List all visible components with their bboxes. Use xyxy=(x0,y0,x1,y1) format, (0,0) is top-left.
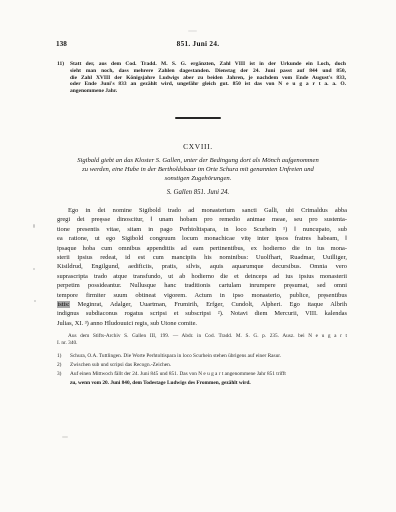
text-line: Ego in dei nomine Sigibold trado ad mona… xyxy=(57,206,347,215)
text-line-with-highlight: istis: Meginrat, Adalger, Uuartman, Frum… xyxy=(57,300,347,309)
text-line: indignus subdiaconus rogatus scripsi et … xyxy=(57,309,347,318)
note-line: angenommene Jahr. xyxy=(57,88,346,95)
footnote-1: 1) Schura, O.A. Tuttlingen. Die Worte Pe… xyxy=(57,352,349,361)
text-line: gregi dei preęsse dinoscitur, ‖ unam hob… xyxy=(57,215,347,224)
text-line: Julias, XI. ³) anno Hludouuici regis, su… xyxy=(57,319,347,328)
text-line: ea ratione, ut ego Sigibold congruum loc… xyxy=(57,234,347,243)
footnote-text-bold: zu, wenn vom 20. Juni 840, dem Todestage… xyxy=(70,379,349,388)
summary-line: zu werden, eine Hube in der Bertholdsbaa… xyxy=(28,165,368,174)
footnote-text: Auf einen Mittwoch fällt der 24. Juni 84… xyxy=(70,371,286,377)
note-line: 11) Statt der, aus dem Cod. Tradd. M. S.… xyxy=(57,61,346,68)
footnote-text: Schura, O.A. Tuttlingen. Die Worte Perht… xyxy=(70,353,281,359)
running-title: 851. Juni 24. xyxy=(0,40,396,48)
footnote-2: 2) Zwischen sub und scripsi das Recogn.-… xyxy=(57,361,349,370)
editorial-note-11: 11) Statt der, aus dem Cod. Tradd. M. S.… xyxy=(57,61,346,95)
footnote-marker: 11) xyxy=(57,61,64,68)
charter-summary: Sigibald giebt an das Kloster S. Gallen,… xyxy=(28,156,368,184)
note-line: die Zahl XVIII der Königsjahre Ludwigs a… xyxy=(57,75,346,82)
source-line: I. nr. 340. xyxy=(57,340,347,347)
scan-artifact xyxy=(188,30,197,32)
summary-line: Sigibald giebt an das Kloster S. Gallen,… xyxy=(28,156,368,165)
note-line: oder Ende Juni's 833 an gezählt wird, un… xyxy=(57,81,346,88)
scan-artifact xyxy=(33,268,35,270)
source-line: Aus dem Stifts-Archiv S. Gallen III, 199… xyxy=(57,333,347,340)
footnote-marker: 1) xyxy=(57,352,61,361)
footnote-marker: 2) xyxy=(57,361,61,370)
scan-artifact xyxy=(62,436,68,438)
section-divider xyxy=(175,117,221,119)
text-line: tione presentis vitae, sitam in pago Per… xyxy=(57,225,347,234)
note-text: Statt der, aus dem Cod. Tradd. M. S. G. … xyxy=(70,61,346,67)
footnotes-block: 1) Schura, O.A. Tuttlingen. Die Worte Pe… xyxy=(57,352,349,388)
charter-body: Ego in dei nomine Sigibold trado ad mona… xyxy=(57,206,347,328)
scan-artifact xyxy=(33,224,35,228)
footnote-3: 3) Auf einen Mittwoch fällt der 24. Juni… xyxy=(57,370,349,388)
charter-number: CXVIII. xyxy=(0,142,396,151)
text-line: perpetim possideantur. Nullusque hanc tr… xyxy=(57,281,347,290)
source-note: Aus dem Stifts-Archiv S. Gallen III, 199… xyxy=(57,333,347,347)
charter-dateline: S. Gallen 851. Juni 24. xyxy=(0,189,396,196)
text-line: Kisildrud, Engilgund, aedificiis, pratis… xyxy=(57,262,347,271)
text-line: sterii ipsius redeat, id est cum mancipi… xyxy=(57,253,347,262)
note-line: sieht man noch, dass mehrere Zahlen dage… xyxy=(57,68,346,75)
footnote-marker: 3) xyxy=(57,370,61,379)
highlighted-word: istis: xyxy=(57,301,70,308)
scanned-book-page: 138 851. Juni 24. 11) Statt der, aus dem… xyxy=(0,0,396,512)
scan-artifact xyxy=(34,300,36,302)
text-line: suprascripta trado atque transfundo, ut … xyxy=(57,272,347,281)
text-line: ipsaque hoba cum omnibus appenditiis ad … xyxy=(57,244,347,253)
footnote-text: Zwischen sub und scripsi das Recogn.-Zei… xyxy=(70,362,171,368)
text-line-rest: Meginrat, Adalger, Uuartman, Frumirih, E… xyxy=(70,301,347,308)
text-line: tempore firmiter suum obtineat vigorem. … xyxy=(57,291,347,300)
page-header: 138 851. Juni 24. xyxy=(0,40,396,50)
summary-line: sonstigen Zugehörungen. xyxy=(28,174,368,183)
